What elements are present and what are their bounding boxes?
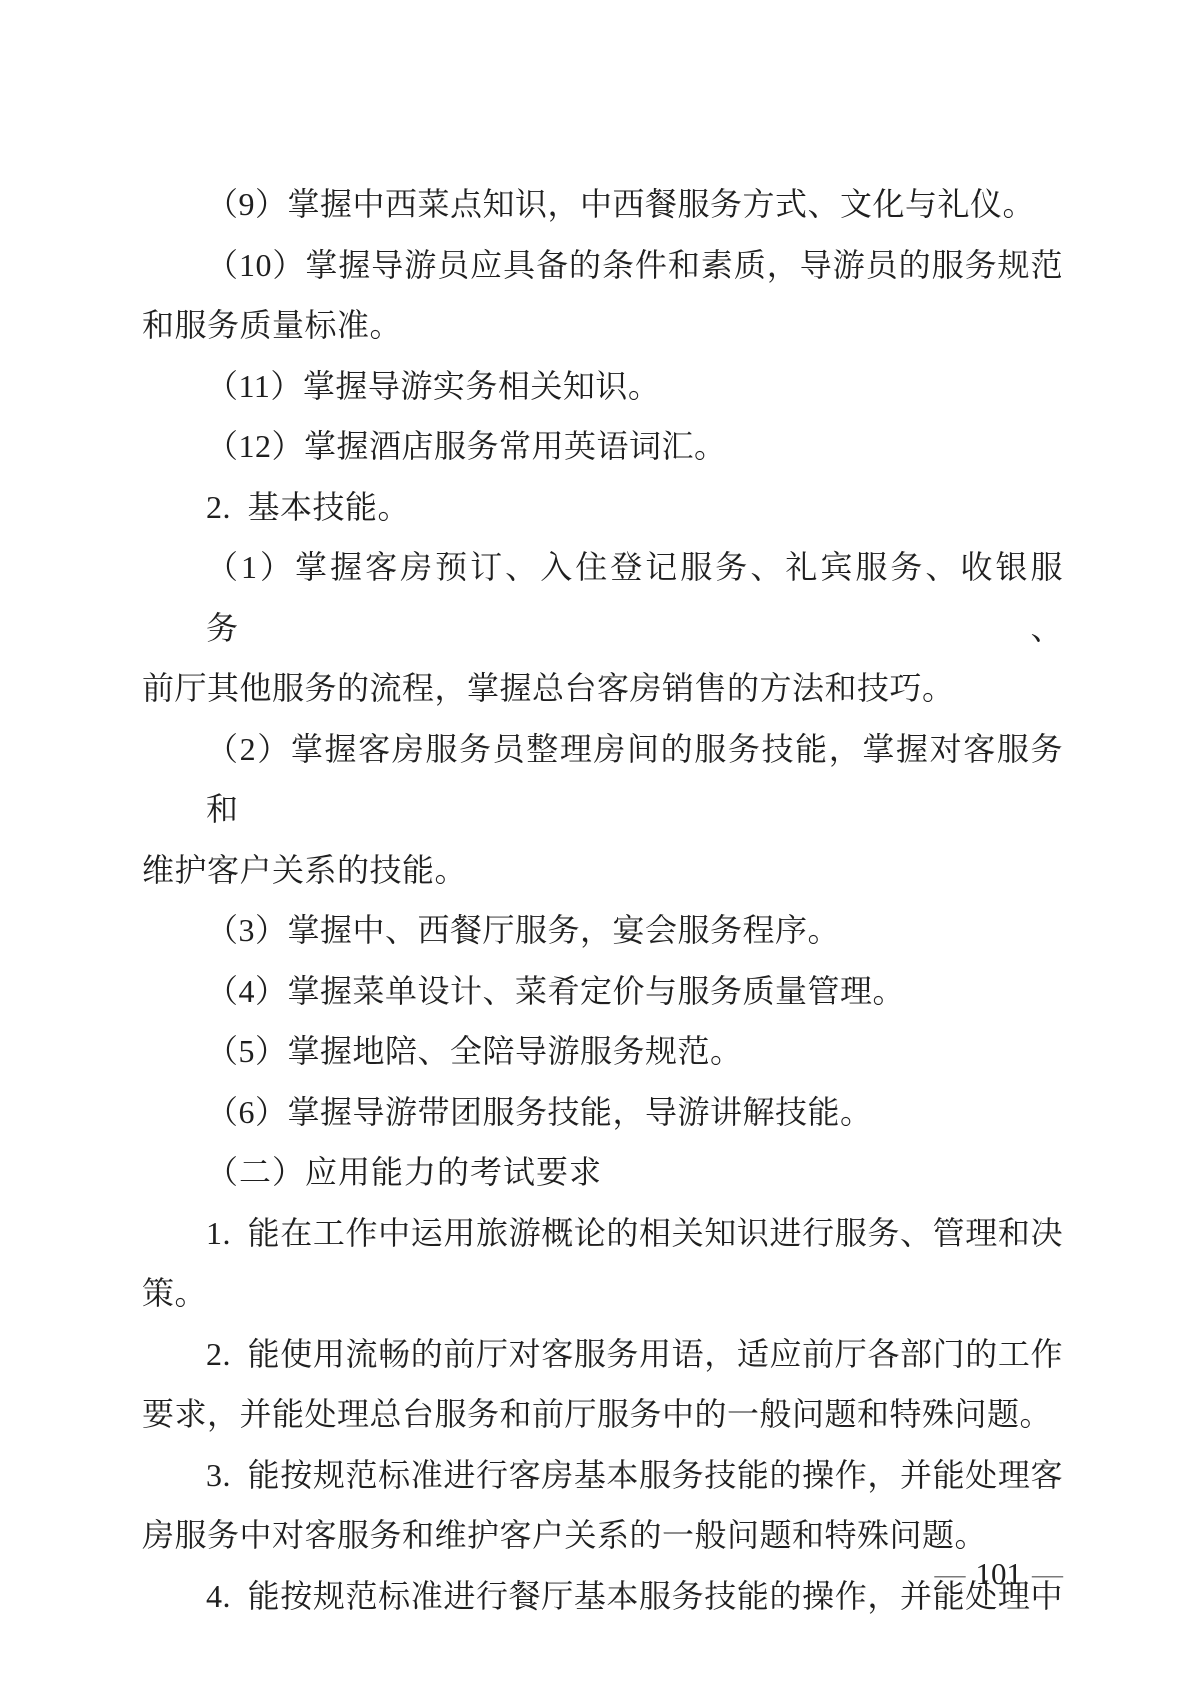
text-line: 和服务质量标准。: [142, 295, 1063, 356]
text-line: （1）掌握客房预订、入住登记服务、礼宾服务、收银服务、: [142, 537, 1063, 658]
text-line: 2. 基本技能。: [142, 477, 1063, 538]
text-line: （4）掌握菜单设计、菜肴定价与服务质量管理。: [142, 961, 1063, 1022]
section-heading-line: （二）应用能力的考试要求: [142, 1142, 1063, 1203]
text-line: 3. 能按规范标准进行客房基本服务技能的操作，并能处理客: [142, 1445, 1063, 1506]
text-line: （5）掌握地陪、全陪导游服务规范。: [142, 1021, 1063, 1082]
text-line: 策。: [142, 1263, 1063, 1324]
text-line: （6）掌握导游带团服务技能，导游讲解技能。: [142, 1082, 1063, 1143]
page-number-footer: —101—: [935, 1556, 1064, 1592]
text-line: 1. 能在工作中运用旅游概论的相关知识进行服务、管理和决: [142, 1203, 1063, 1264]
text-line: （12）掌握酒店服务常用英语词汇。: [142, 416, 1063, 477]
text-line: 2. 能使用流畅的前厅对客服务用语，适应前厅各部门的工作: [142, 1324, 1063, 1385]
text-line: （2）掌握客房服务员整理房间的服务技能，掌握对客服务和: [142, 719, 1063, 840]
document-page: （9）掌握中西菜点知识，中西餐服务方式、文化与礼仪。（10）掌握导游员应具备的条…: [0, 0, 1200, 1696]
text-line: 要求，并能处理总台服务和前厅服务中的一般问题和特殊问题。: [142, 1384, 1063, 1445]
text-line: 4. 能按规范标准进行餐厅基本服务技能的操作，并能处理中: [142, 1566, 1063, 1627]
text-line: （11）掌握导游实务相关知识。: [142, 356, 1063, 417]
footer-page-number: 101: [976, 1556, 1023, 1591]
text-line: （10）掌握导游员应具备的条件和素质，导游员的服务规范: [142, 235, 1063, 296]
text-line: 维护客户关系的技能。: [142, 840, 1063, 901]
footer-dash-left: —: [935, 1556, 966, 1591]
footer-dash-right: —: [1032, 1556, 1063, 1591]
text-line: （3）掌握中、西餐厅服务，宴会服务程序。: [142, 900, 1063, 961]
text-line: 房服务中对客服务和维护客户关系的一般问题和特殊问题。: [142, 1505, 1063, 1566]
text-line: （9）掌握中西菜点知识，中西餐服务方式、文化与礼仪。: [142, 174, 1063, 235]
text-line: 前厅其他服务的流程，掌握总台客房销售的方法和技巧。: [142, 658, 1063, 719]
document-body: （9）掌握中西菜点知识，中西餐服务方式、文化与礼仪。（10）掌握导游员应具备的条…: [142, 174, 1063, 1626]
